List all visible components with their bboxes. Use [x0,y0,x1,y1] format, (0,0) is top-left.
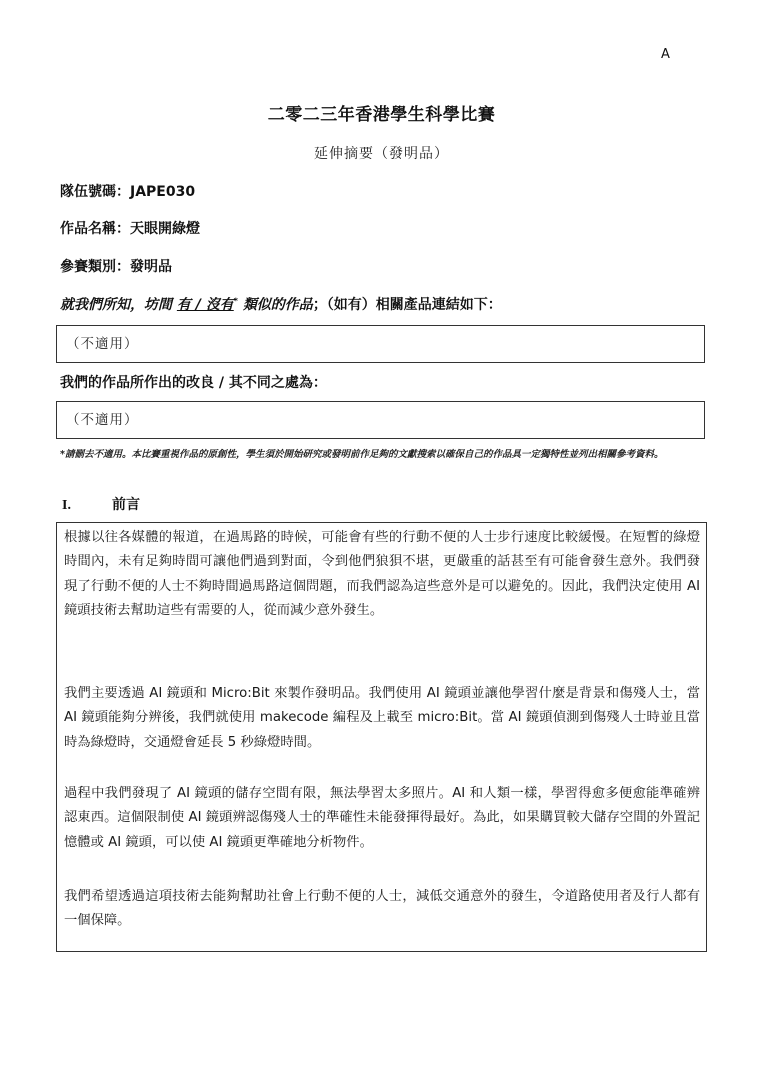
team-number-value: JAPE030 [130,184,195,200]
document-title: 二零二三年香港學生科學比賽 [0,100,763,125]
section-title: 前言 [112,497,140,513]
similar-products-answer: （不適用） [66,332,139,352]
footnote: *請刪去不適用。本比賽重視作品的原創性，學生須於開始研究或發明前作足夠的文獻搜索… [60,444,710,465]
paragraph: 過程中我們發現了 AI 鏡頭的儲存空間有限，無法學習太多照片。AI 和人類一樣，… [64,782,700,855]
page-label: A [661,47,670,62]
document-subtitle: 延伸摘要（發明品） [0,143,763,163]
project-name-value: 天眼開綠燈 [130,221,200,237]
similar-products-question: 就我們所知，坊間 有 / 沒有* 類似的作品；（如有）相關產品連結如下： [60,294,502,314]
paragraph: 根據以往各媒體的報道，在過馬路的時候，可能會有些的行動不便的人士步行速度比較緩慢… [64,526,700,623]
section-heading: I.前言 [62,494,140,514]
section-number: I. [62,498,112,514]
improvements-question: 我們的作品所作出的改良 / 其不同之處為： [60,372,327,392]
similar-prefix: 就我們所知，坊間 [60,297,172,313]
paragraph: 我們主要透過 AI 鏡頭和 Micro:Bit 來製作發明品。我們使用 AI 鏡… [64,682,700,755]
improvements-answer: （不適用） [66,408,139,428]
category-label: 參賽類別： [60,259,130,275]
category-field: 參賽類別：發明品 [60,256,172,276]
team-number-field: 隊伍號碼：JAPE030 [60,181,195,201]
introduction-box: 根據以往各媒體的報道，在過馬路的時候，可能會有些的行動不便的人士步行速度比較緩慢… [56,522,707,952]
project-name-label: 作品名稱： [60,221,130,237]
asterisk-mark: * [234,296,238,305]
improvements-answer-box: （不適用） [56,401,705,439]
similar-rest: ；（如有）相關產品連結如下： [313,297,502,313]
similar-products-answer-box: （不適用） [56,325,705,363]
similar-suffix: 類似的作品 [243,297,313,313]
project-name-field: 作品名稱：天眼開綠燈 [60,218,200,238]
category-value: 發明品 [130,259,172,275]
team-number-label: 隊伍號碼： [60,184,130,200]
paragraph: 我們希望透過這項技術去能夠幫助社會上行動不便的人士，減低交通意外的發生，令道路使… [64,885,700,934]
similar-choice: 有 / 沒有 [177,297,234,313]
